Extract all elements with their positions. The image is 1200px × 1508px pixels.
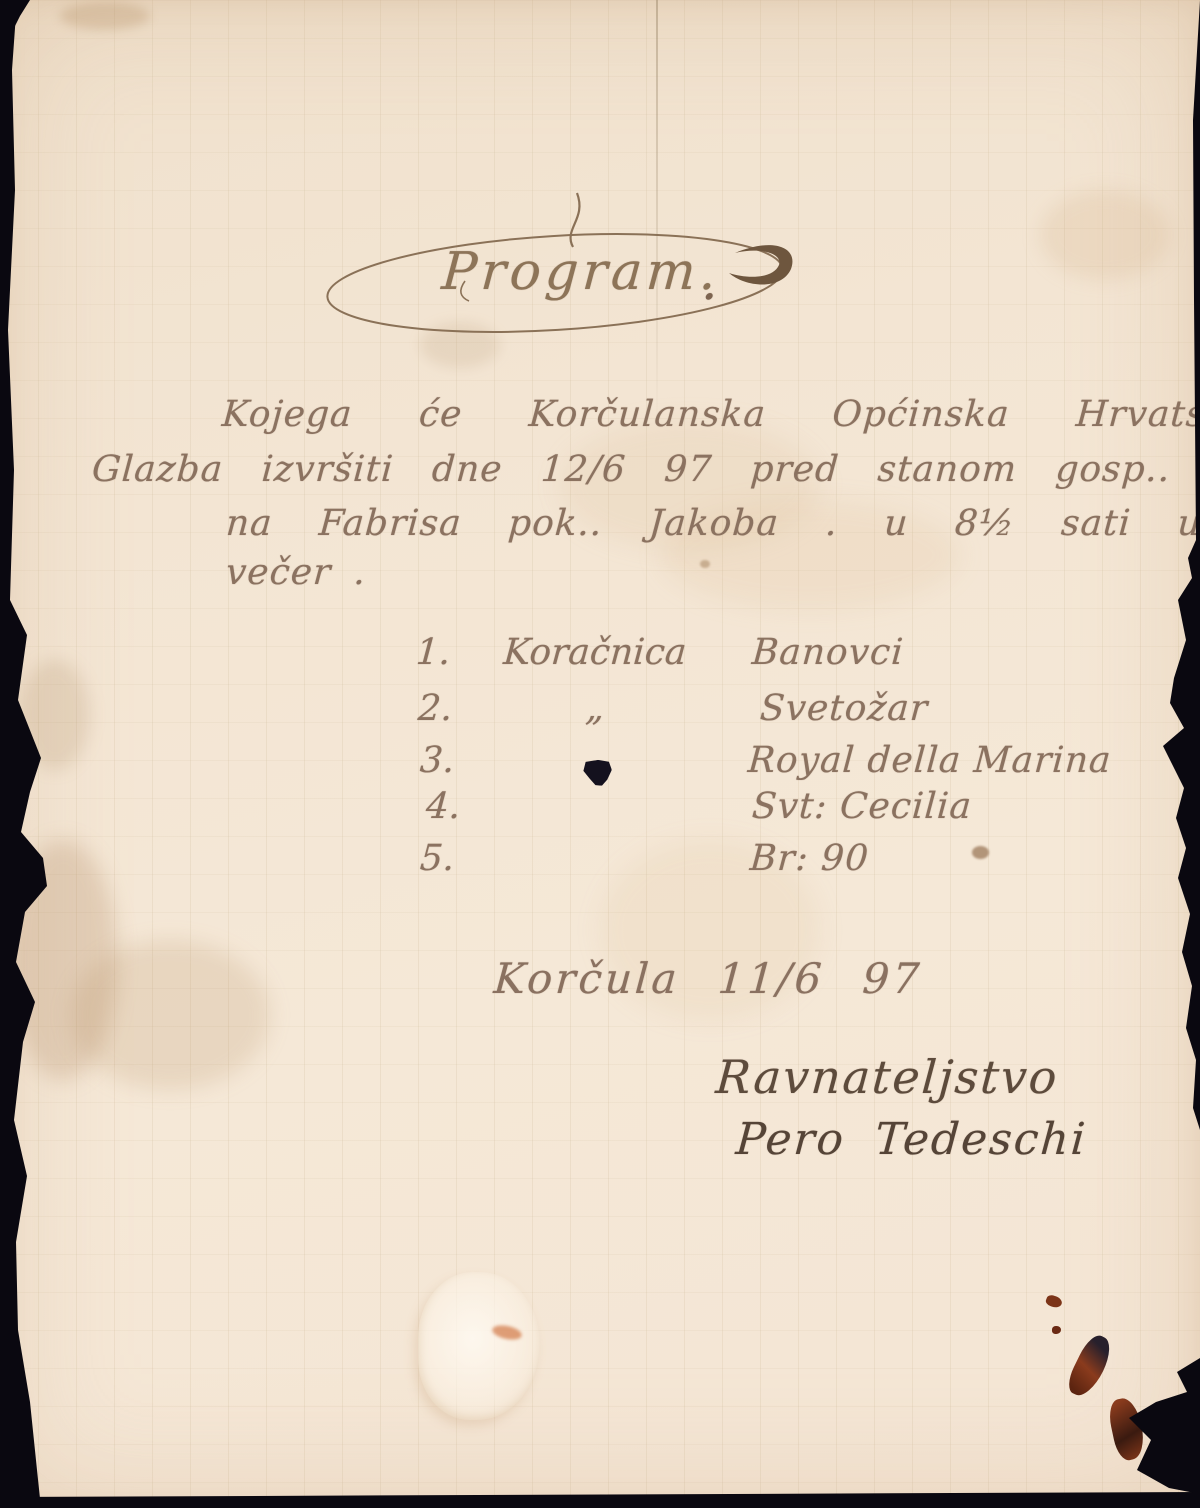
- closing-line: Ravnateljstvo: [714, 1050, 1060, 1104]
- item-number: 4.: [425, 786, 462, 827]
- item-piece: Banovci: [751, 632, 906, 673]
- place-date-line: Korčula 11/6 97: [492, 954, 924, 1003]
- item-number: 5.: [419, 838, 456, 879]
- scanned-document: Program. . Kojega će Korčulanska Općinsk…: [0, 0, 1200, 1508]
- item-piece: Royal della Marina: [747, 740, 1113, 781]
- item-piece: Br: 90: [749, 838, 871, 879]
- ditto-mark: „: [469, 688, 722, 729]
- intro-line-3: na Fabrisa pok.. Jakoba . u 8½ sati u: [225, 503, 1200, 544]
- item-number: 1.: [415, 632, 452, 673]
- document-title: Program.: [440, 242, 722, 302]
- intro-line-1: Kojega će Korčulanska Općinska Hrvatska: [221, 394, 1200, 435]
- item-number: 2.: [417, 688, 454, 729]
- item-number: 3.: [419, 740, 456, 781]
- intro-line-4: večer .: [225, 552, 368, 593]
- item-name: Koračnica: [469, 632, 722, 673]
- item-piece: Svetožar: [759, 688, 930, 729]
- intro-line-2: Glazba izvršiti dne 12/6 97 pred stanom …: [91, 449, 1200, 490]
- signature-name: Pero Tedeschi: [734, 1114, 1089, 1165]
- item-piece: Svt: Cecilia: [751, 786, 974, 827]
